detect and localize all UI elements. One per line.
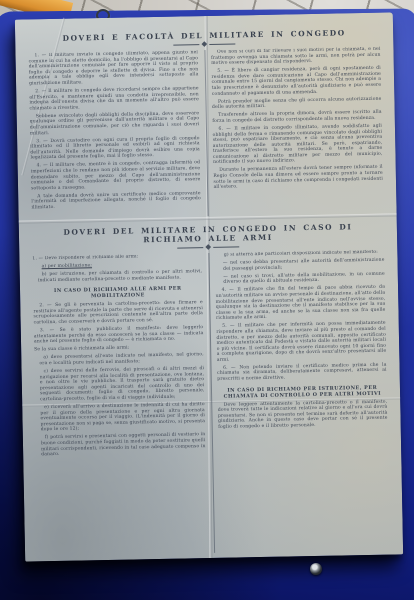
paragraph: 3. — Dovrà custodire con ogni cura il pr… <box>30 136 200 162</box>
richiamo-intro: 1. — Deve rispondere al richiamo alle ar… <box>32 253 202 284</box>
paragraph: 4. — Il militare che fin dal tempo di pa… <box>216 285 386 322</box>
paragraph: 1. — Il militare inviato in congedo illi… <box>28 50 198 87</box>
ornament-line <box>209 43 235 44</box>
mobilitazione-paragraphs-cont: g) si atterrà alle particolari disposizi… <box>215 250 387 383</box>
ornament-diamond-icon <box>202 41 208 47</box>
section1-left-column: 1. — Il militare inviato in congedo illi… <box>28 50 207 219</box>
paragraph: 6. — Il militare in congedo illimitato, … <box>212 124 382 166</box>
section1-columns: 1. — Il militare inviato in congedo illi… <box>28 47 383 220</box>
paragraph: — nel caso debba presentarsi alle autori… <box>223 258 385 272</box>
paragraph: a) deve presentarsi all'ente indicato ne… <box>39 353 204 367</box>
paragraph: 5. — È libero di cangiar residenza, però… <box>211 66 381 97</box>
ornament-line <box>177 247 203 248</box>
paragraph: Trasferendo altrove la propria dimora, d… <box>212 110 382 124</box>
paragraph: Sebbene svincolato dagli obblighi della … <box>30 111 200 137</box>
paragraph: Potrà prender moglie senza che gli occor… <box>212 96 382 110</box>
ornament-diamond-icon <box>205 244 211 250</box>
mobilitazione-paragraphs: 2. — Se gli è pervenuta la cartolina-pre… <box>33 300 205 458</box>
ornament-line <box>213 246 239 247</box>
paragraph: b) per istruzione, per chiamata di contr… <box>38 269 203 283</box>
paragraph: 4. — Il militare che, mentre è in conged… <box>31 161 201 192</box>
paragraph: 6. — Non potendo inviare il certificato … <box>217 363 387 383</box>
paragraph: 3. — Se è stato pubblicato il manifesto:… <box>34 325 204 345</box>
paragraph: 2. — Il militare in congedo deve ricorda… <box>29 86 199 112</box>
ornament-line <box>173 44 199 45</box>
istruzione-paragraphs: Deve leggere attentamente la cartolina-p… <box>218 399 388 430</box>
paragraph: 2. — Se gli è pervenuta la cartolina-pre… <box>33 300 203 326</box>
paragraph: Durante la permanenza all'estero dovrà t… <box>213 165 383 191</box>
paragraph: Ove non si curi di far rilevare i suoi m… <box>211 47 381 67</box>
paragraph: 1. — Deve rispondere al richiamo alle ar… <box>32 253 202 262</box>
section2-right-column: g) si atterrà alle particolari disposizi… <box>208 250 390 553</box>
printed-document: DOVERI E FACOLTÀ DEL MILITARE IN CONGEDO… <box>15 12 403 561</box>
section1-right-column: Ove non si curi di far rilevare i suoi m… <box>204 47 384 216</box>
document-paper: DOVERI E FACOLTÀ DEL MILITARE IN CONGEDO… <box>15 12 403 561</box>
paragraph: A tale domanda dovrà unire un certificat… <box>31 191 201 211</box>
subheading-mobilitazione: IN CASO DI RICHIAMO ALLE ARMI PER MOBILI… <box>35 285 201 300</box>
paragraph: Deve leggere attentamente la cartolina-p… <box>218 399 388 430</box>
paragraph: e) riceverà all'arrivo a destinazione le… <box>40 402 205 433</box>
section2-left-column: 1. — Deve rispondere al richiamo alle ar… <box>32 253 213 556</box>
paragraph: g) si atterrà alle particolari disposizi… <box>220 250 385 259</box>
paragraph: 5. — Il militare che per infermità non p… <box>216 321 386 363</box>
paragraph: c) deve servirsi delle ferrovie, dei pir… <box>40 366 205 403</box>
paragraph: — nel caso si trovi, all'atto della mobi… <box>223 271 385 285</box>
metal-grommet <box>310 563 322 575</box>
paragraph: f) potrà servirsi e presentarsi con ogge… <box>41 433 206 458</box>
section2-columns: 1. — Deve rispondere al richiamo alle ar… <box>32 250 390 557</box>
subheading-istruzione: IN CASO DI RICHIAMO PER ISTRUZIONE, PER … <box>219 384 385 399</box>
photo-scene: DOVERI E FACOLTÀ DEL MILITARE IN CONGEDO… <box>0 0 414 600</box>
